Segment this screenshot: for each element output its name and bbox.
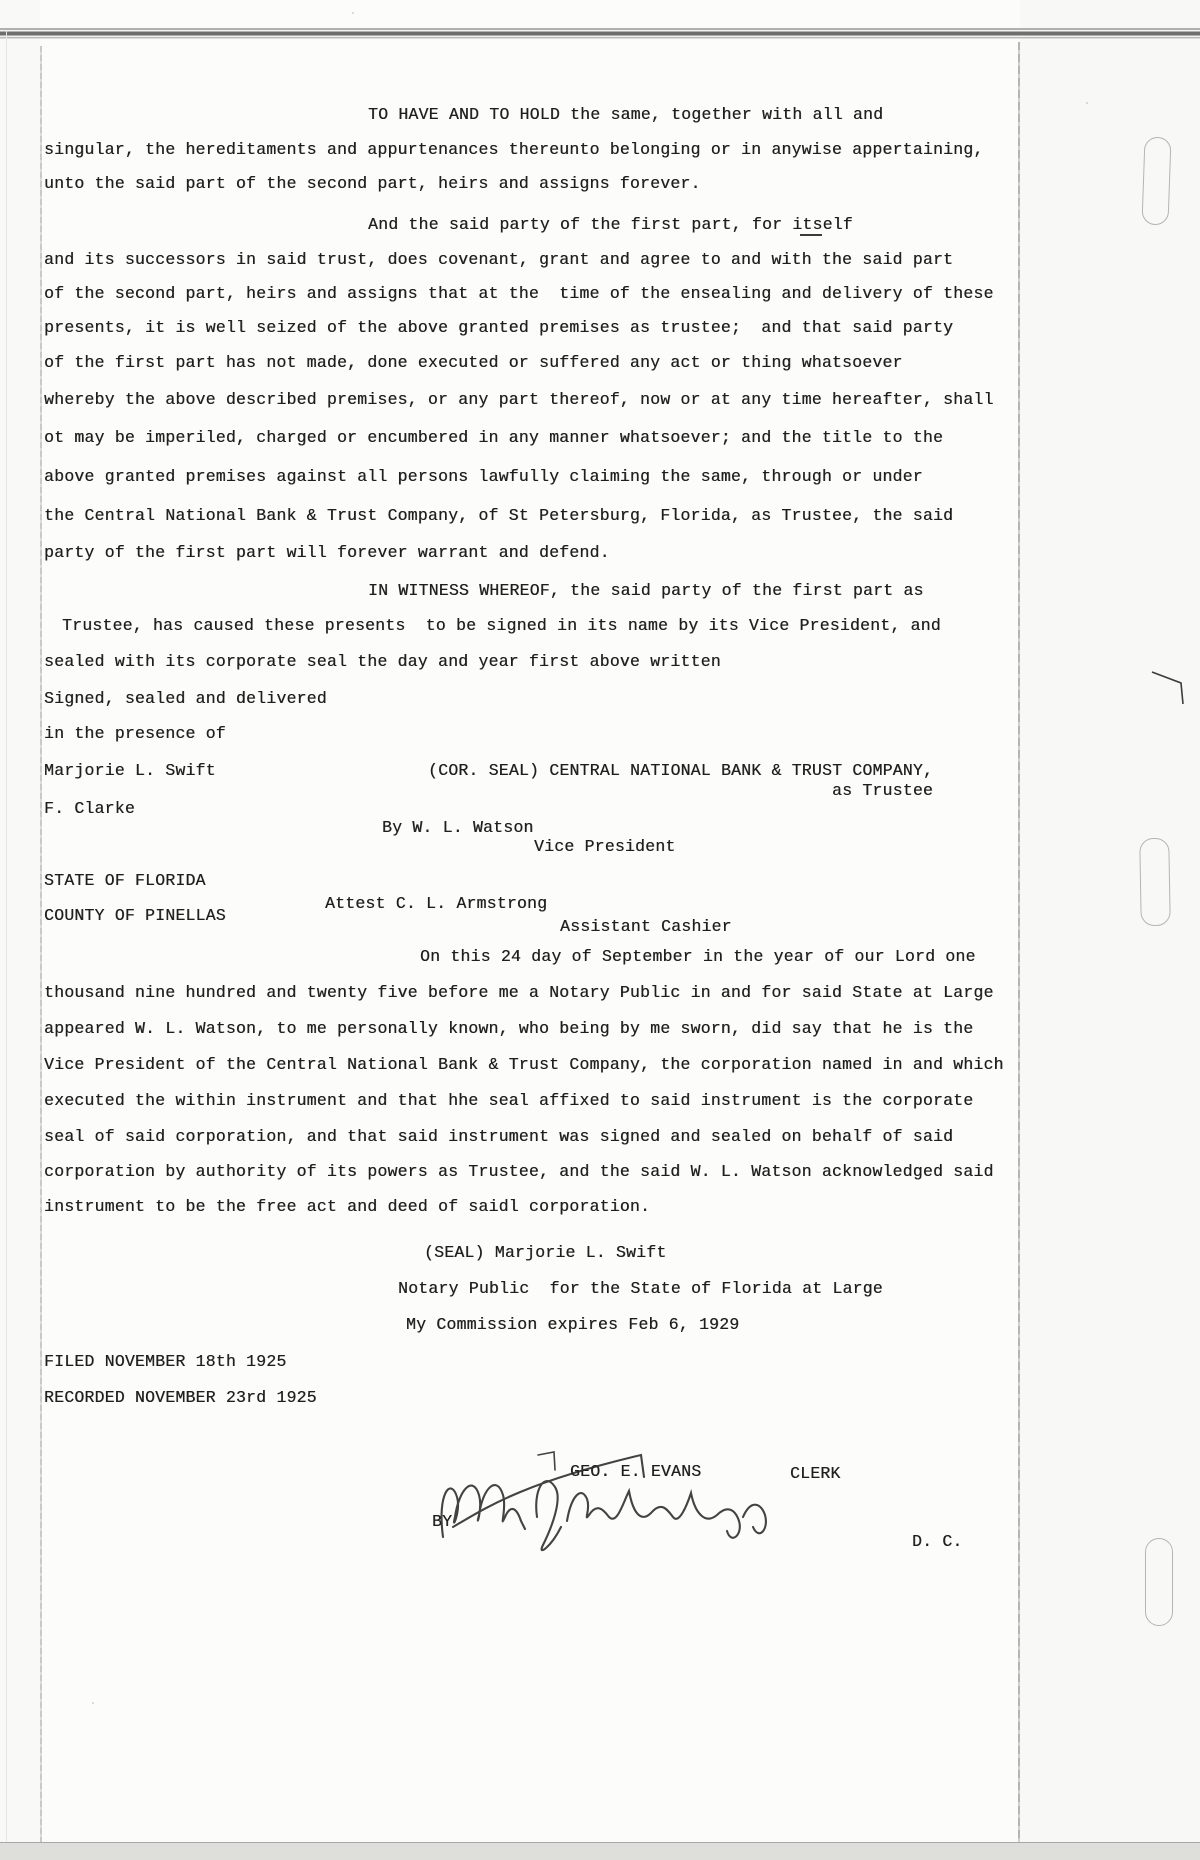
attest-line: Attest C. L. Armstrong	[325, 894, 547, 913]
punch-hole-mark-top	[1141, 137, 1171, 226]
state-caption: STATE OF FLORIDA	[44, 871, 206, 890]
document-line: unto the said part of the second part, h…	[44, 174, 701, 193]
notary-title-line: Notary Public for the State of Florida a…	[398, 1279, 883, 1298]
document-line: ot may be imperiled, charged or encumber…	[44, 428, 943, 447]
page-left-edge-line	[40, 46, 42, 1842]
document-line: Signed, sealed and delivered	[44, 689, 327, 708]
scan-left-margin-line	[6, 30, 7, 1842]
document-line: appeared W. L. Watson, to me personally …	[44, 1019, 973, 1038]
document-line: and its successors in said trust, does c…	[44, 250, 953, 269]
document-line: seal of said corporation, and that said …	[44, 1127, 953, 1146]
grantor-company-line: (COR. SEAL) CENTRAL NATIONAL BANK & TRUS…	[428, 761, 933, 780]
punch-hole-mark-bottom	[1145, 1538, 1173, 1626]
document-line: whereby the above described premises, or…	[44, 390, 994, 409]
check-mark	[1150, 666, 1194, 708]
attest-title: Assistant Cashier	[560, 917, 732, 936]
scan-speck	[92, 1702, 94, 1704]
clerk-title: CLERK	[790, 1464, 841, 1483]
backing-sheet-right	[1020, 0, 1200, 1860]
document-line: instrument to be the free act and deed o…	[44, 1197, 650, 1216]
punch-hole-mark-middle	[1139, 838, 1171, 927]
document-line: in the presence of	[44, 724, 226, 743]
deputy-clerk-label: D. C.	[912, 1532, 963, 1551]
document-line: presents, it is well seized of the above…	[44, 318, 953, 337]
document-line: IN WITNESS WHEREOF, the said party of th…	[368, 581, 924, 600]
scan-speck	[1086, 102, 1088, 104]
document-line: the Central National Bank & Trust Compan…	[44, 506, 953, 525]
document-line: And the said party of the first part, fo…	[368, 215, 853, 234]
signer-title: Vice President	[534, 837, 675, 856]
commission-line: My Commission expires Feb 6, 1929	[406, 1315, 739, 1334]
document-line: Trustee, has caused these presents to be…	[62, 616, 941, 635]
document-line: as Trustee	[832, 781, 933, 800]
document-line: of the second part, heirs and assigns th…	[44, 284, 994, 303]
scan-speck	[352, 12, 354, 14]
page-bottom-edge	[0, 1842, 1200, 1860]
document-line: executed the within instrument and that …	[44, 1091, 973, 1110]
document-line: thousand nine hundred and twenty five be…	[44, 983, 994, 1002]
document-line: sealed with its corporate seal the day a…	[44, 652, 721, 671]
page-right-edge-line	[1018, 42, 1020, 1860]
witness-name-2: F. Clarke	[44, 799, 135, 818]
document-line: singular, the hereditaments and appurten…	[44, 140, 983, 159]
document-line: above granted premises against all perso…	[44, 467, 923, 486]
filed-stamp: FILED NOVEMBER 18th 1925	[44, 1352, 286, 1371]
witness-name-1: Marjorie L. Swift	[44, 761, 216, 780]
document-line: TO HAVE AND TO HOLD the same, together w…	[368, 105, 883, 124]
page-top-edge-rule	[0, 27, 1200, 42]
document-line: party of the first part will forever war…	[44, 543, 610, 562]
itself-underline-mark	[800, 234, 822, 236]
document-line: of the first part has not made, done exe…	[44, 353, 903, 372]
recorded-stamp: RECORDED NOVEMBER 23rd 1925	[44, 1388, 317, 1407]
county-caption: COUNTY OF PINELLAS	[44, 906, 226, 925]
document-line: Vice President of the Central National B…	[44, 1055, 1004, 1074]
signer-name: By W. L. Watson	[382, 818, 534, 837]
document-line: corporation by authority of its powers a…	[44, 1162, 994, 1181]
clerk-signature	[425, 1445, 795, 1570]
notary-seal-line: (SEAL) Marjorie L. Swift	[424, 1243, 666, 1262]
document-line: On this 24 day of September in the year …	[420, 947, 976, 966]
